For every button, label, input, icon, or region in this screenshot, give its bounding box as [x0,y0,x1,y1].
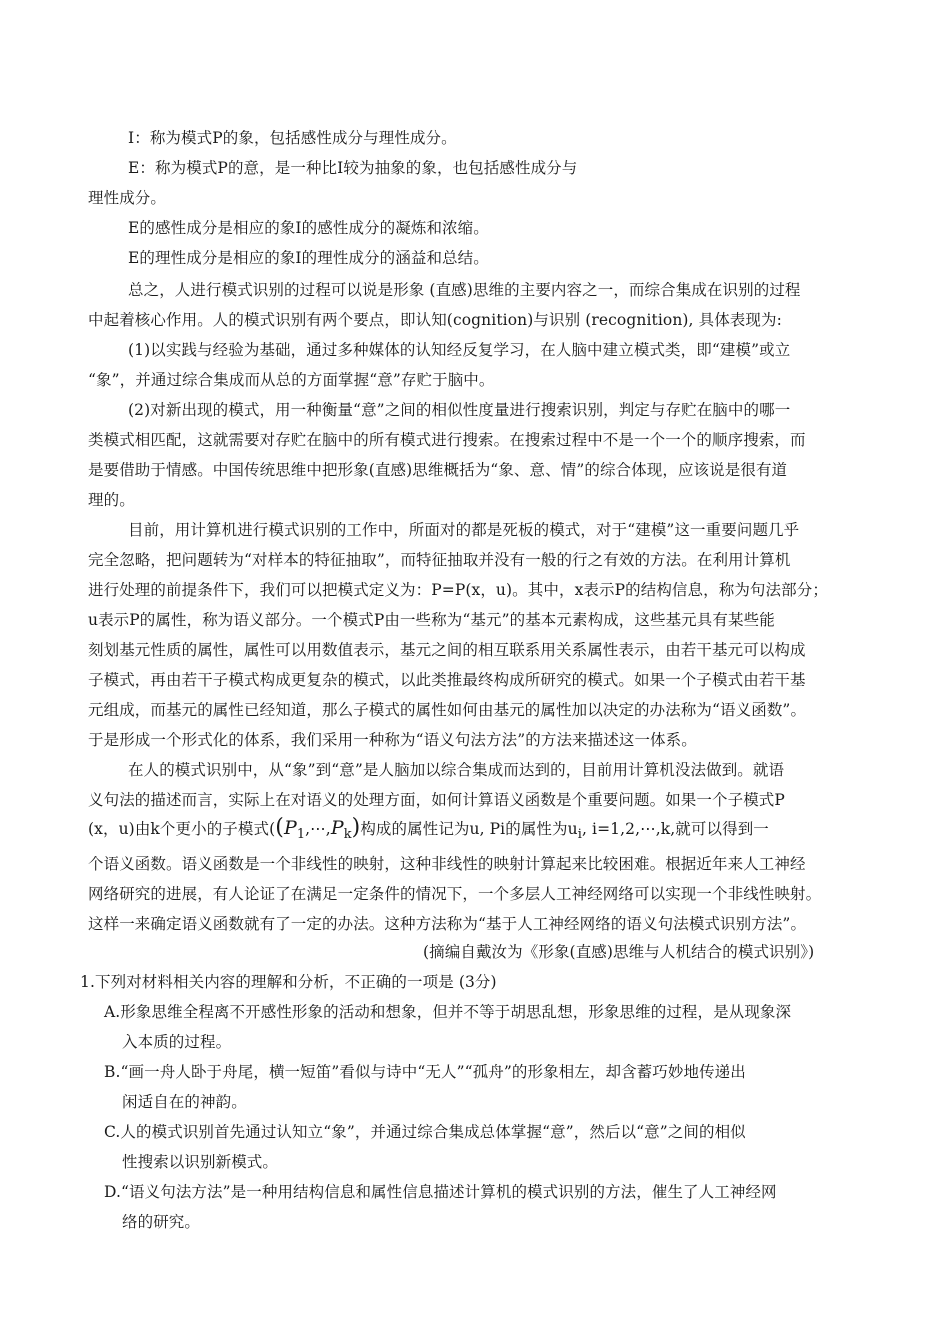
option-a-cont: 入本质的过程。 [122,1032,231,1052]
text-line: 刻划基元性质的属性，属性可以用数值表示，基元之间的相互联系用关系属性表示，由若干… [88,640,806,660]
text-line: 义句法的描述而言，实际上在对语义的处理方面，如何计算语义函数是个重要问题。如果一… [88,790,785,810]
text-line: 目前，用计算机进行模式识别的工作中，所面对的都是死板的模式，对于“建模”这一重要… [128,520,799,540]
text-line: 这样一来确定语义函数就有了一定的办法。这种方法称为“基于人工神经网络的语义句法模… [88,914,806,934]
text-line: 进行处理的前提条件下，我们可以把模式定义为：P=P(x，u)。其中，x表示P的结… [88,580,828,600]
text-line: “象”，并通过综合集成而从总的方面掌握“意”存贮于脑中。 [88,370,495,390]
text-line: 是要借助于情感。中国传统思维中把形象(直感)思维概括为“象、意、情”的综合体现，… [88,460,787,480]
option-b: B.“画一舟人卧于舟尾，横一短笛”看似与诗中“无人”“孤舟”的形象相左，却含蓄巧… [104,1062,746,1082]
question-stem: 1.下列对材料相关内容的理解和分析，不正确的一项是 (3分) [80,972,497,992]
text-line: E的感性成分是相应的象I的感性成分的凝炼和浓缩。 [128,218,489,238]
text-line: (1)以实践与经验为基础，通过多种媒体的认知经反复学习，在人脑中建立模式类，即“… [128,340,790,360]
text-line: 元组成，而基元的属性已经知道，那么子模式的属性如何由基元的属性加以决定的办法称为… [88,700,806,720]
text-line: E的理性成分是相应的象I的理性成分的涵益和总结。 [128,248,489,268]
text-line: 于是形成一个形式化的体系，我们采用一种称为“语义句法方法”的方法来描述这一体系。 [88,730,697,750]
text-line: (2)对新出现的模式，用一种衡量“意”之间的相似性度量进行搜索识别，判定与存贮在… [128,400,790,420]
option-c: C.人的模式识别首先通过认知立“象”，并通过综合集成总体掌握“意”，然后以“意”… [104,1122,746,1142]
text-line: 总之，人进行模式识别的过程可以说是形象 (直感)思维的主要内容之一，而综合集成在… [128,280,801,300]
text-line: E：称为模式P的意，是一种比I较为抽象的象，也包括感性成分与 [128,158,577,178]
formula-line: (x，u)由k个更小的子模式((P1,⋯,Pk)构成的属性记为u, Pi的属性为… [88,818,769,845]
text-line: 中起着核心作用。人的模式识别有两个要点，即认知(cognition)与识别 (r… [88,310,782,330]
source-citation: (摘编自戴汝为《形象(直感)思维与人机结合的模式识别》) [423,942,814,962]
text-line: 个语义函数。语义函数是一个非线性的映射，这种非线性的映射计算起来比较困难。根据近… [88,854,806,874]
option-c-cont: 性搜索以识别新模式。 [122,1152,278,1172]
text-line: u表示P的属性，称为语义部分。一个模式P由一些称为“基元”的基本元素构成，这些基… [88,610,775,630]
text-line: 网络研究的进展，有人论证了在满足一定条件的情况下，一个多层人工神经网络可以实现一… [88,884,821,904]
text-line: 理的。 [88,490,135,510]
option-a: A.形象思维全程离不开感性形象的活动和想象，但并不等于胡思乱想，形象思维的过程，… [104,1002,791,1022]
text-line: 在人的模式识别中，从“象”到“意”是人脑加以综合集成而达到的，目前用计算机没法做… [128,760,784,780]
option-d: D.“语义句法方法”是一种用结构信息和属性信息描述计算机的模式识别的方法，催生了… [104,1182,777,1202]
option-b-cont: 闲适自在的神韵。 [122,1092,247,1112]
option-d-cont: 络的研究。 [122,1212,200,1232]
text-line: 类模式相匹配，这就需要对存贮在脑中的所有模式进行搜索。在搜索过程中不是一个一个的… [88,430,806,450]
formula-paren: ( [275,815,284,840]
formula-paren: ) [352,815,361,840]
text-line: I：称为模式P的象，包括感性成分与理性成分。 [128,128,457,148]
text-line: 理性成分。 [88,188,166,208]
text-line: 完全忽略，把问题转为“对样本的特征抽取”，而特征抽取并没有一般的行之有效的方法。… [88,550,790,570]
text-line: 子模式，再由若干子模式构成更复杂的模式，以此类推最终构成所研究的模式。如果一个子… [88,670,806,690]
